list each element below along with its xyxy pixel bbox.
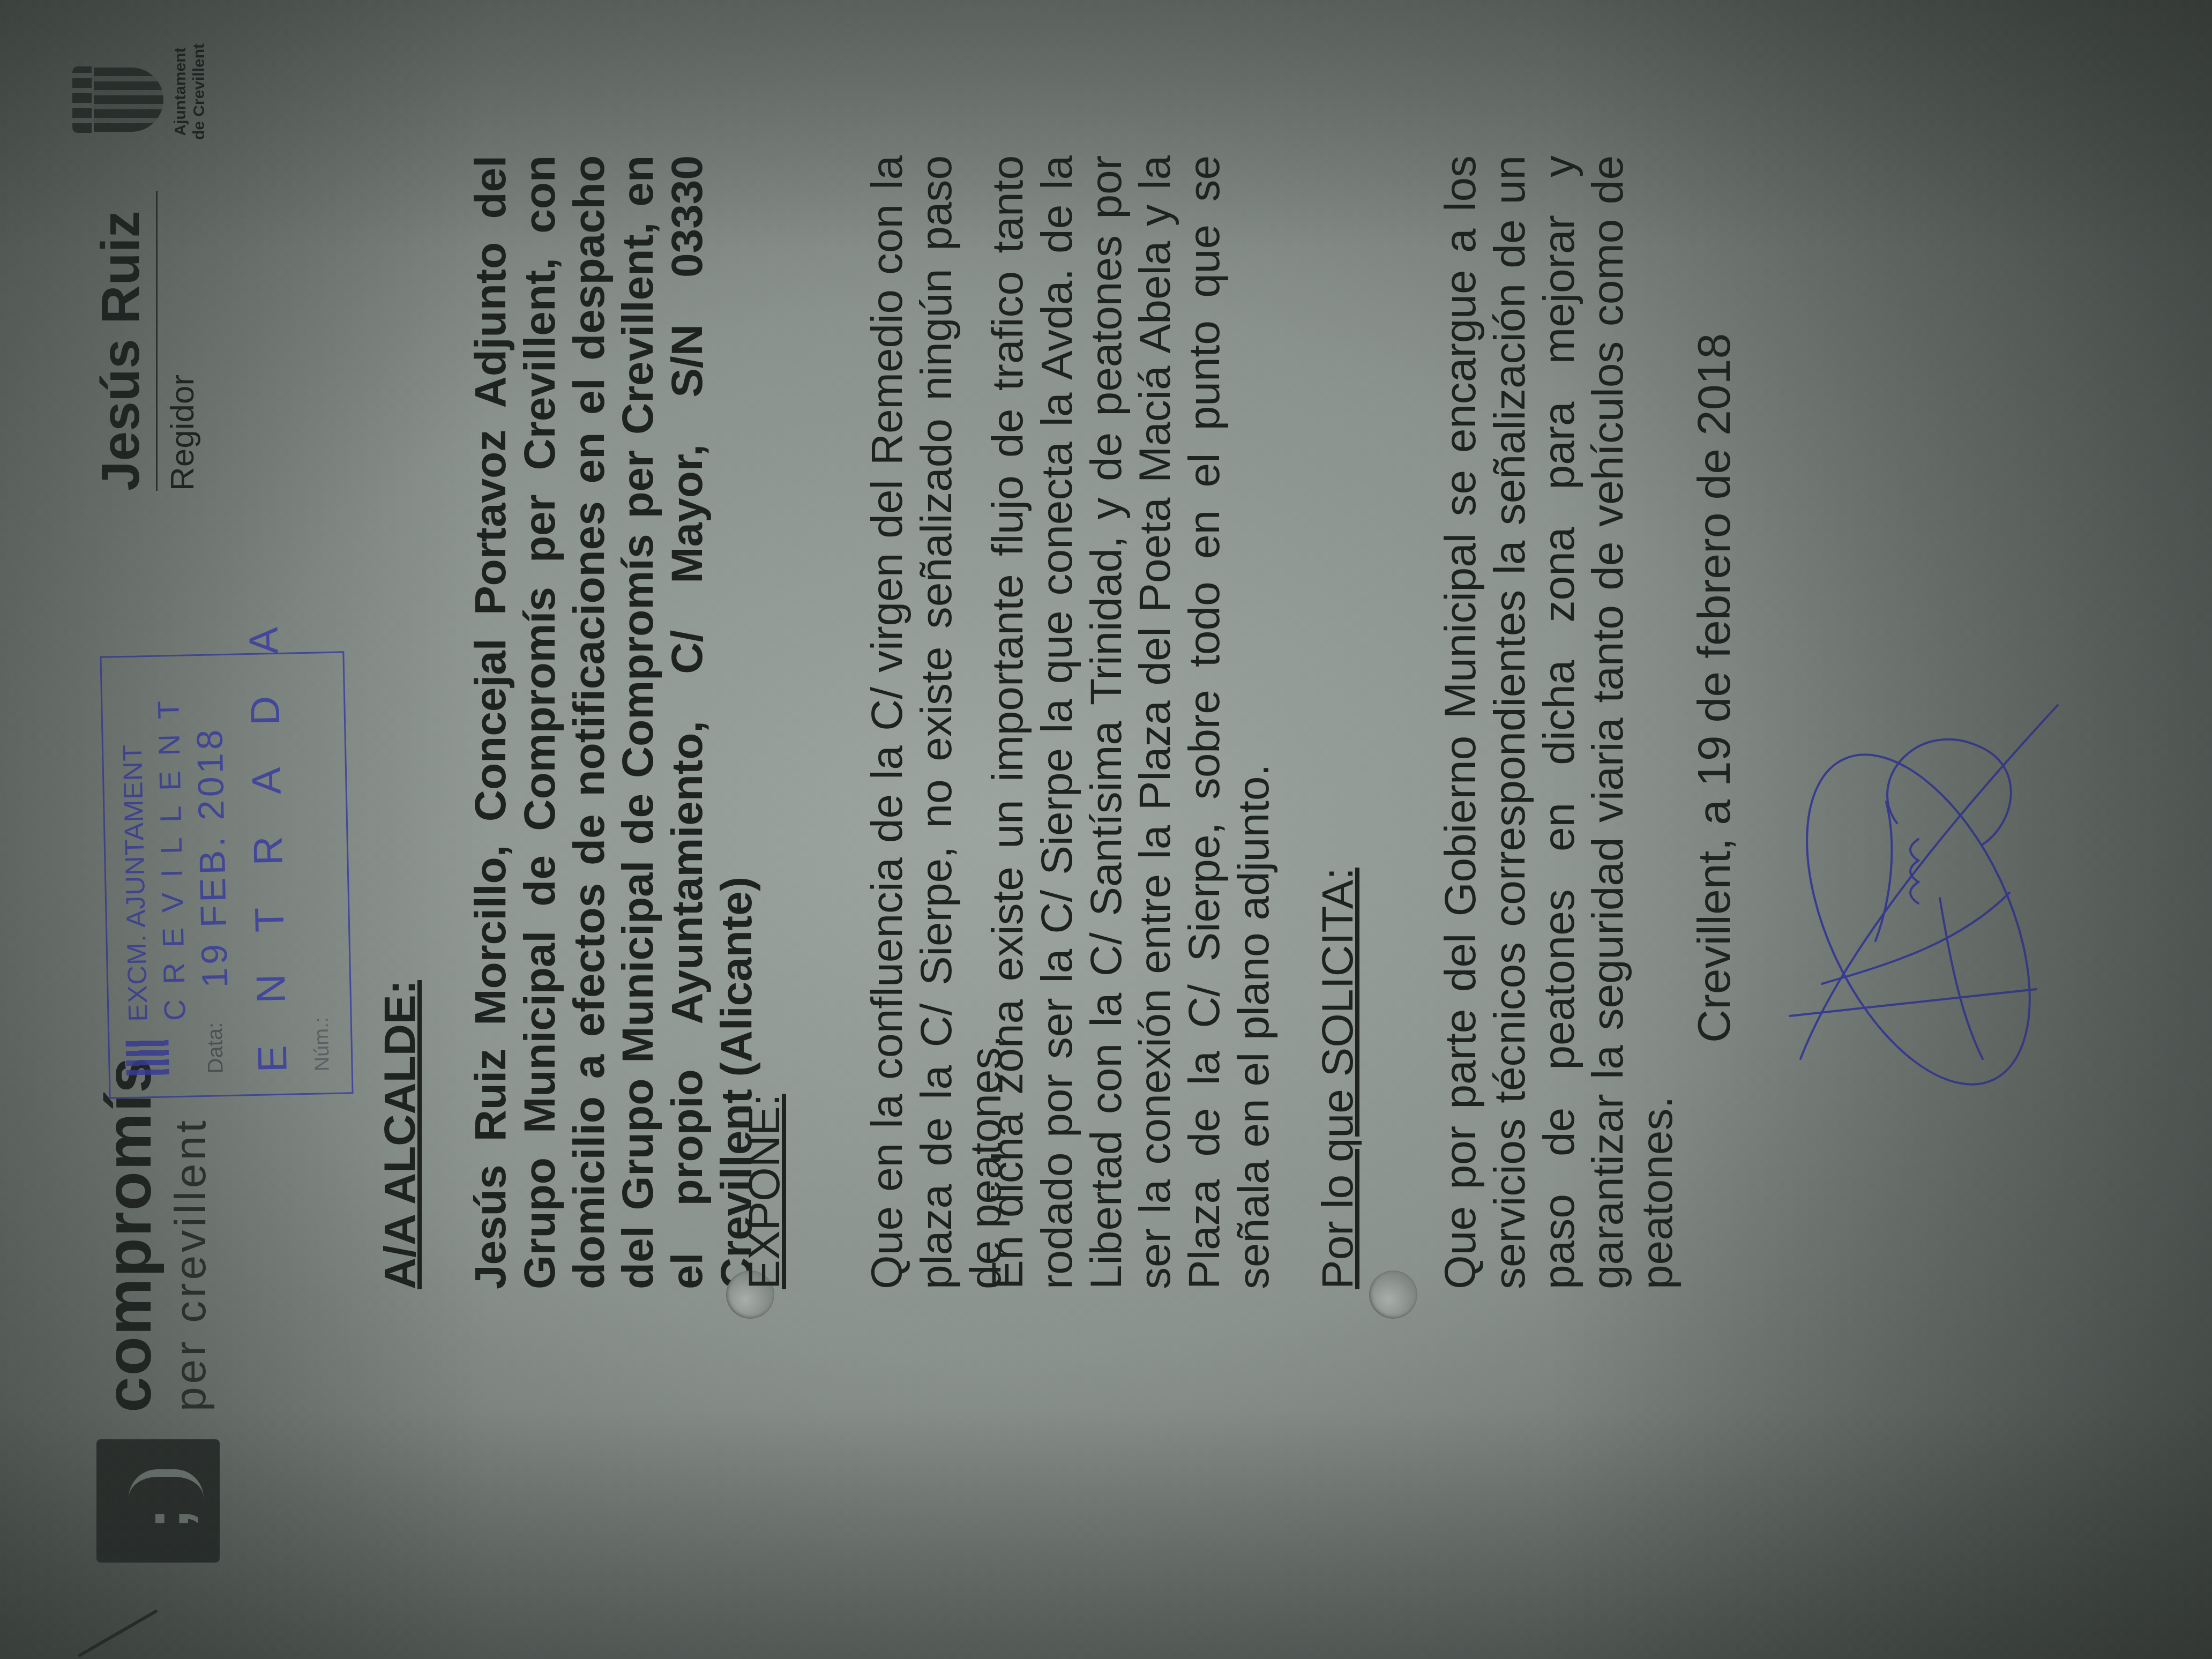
intro-paragraph: Jesús Ruiz Morcillo, Concejal Portavoz A… <box>466 155 761 1289</box>
council-caption: Ajuntament de Crevillent <box>171 33 208 151</box>
expone-paragraph-2: En dicha zona existe un importante flujo… <box>983 155 1279 1289</box>
party-subtitle: per crevillent <box>169 1117 213 1411</box>
stamp-line2: CREVILLENT <box>151 685 192 1021</box>
pen-mark <box>78 1609 158 1657</box>
party-name: compromís <box>96 1056 161 1413</box>
registry-stamp: EXCM. AJUNTAMENT CREVILLENT Data: 19 FEB… <box>100 651 353 1098</box>
council-caption-line2: de Crevillent <box>190 33 209 151</box>
stamp-line1: EXCM. AJUNTAMENT <box>117 744 154 1022</box>
handwritten-signature <box>1758 641 2090 1123</box>
stamp-date: 19 FEB. 2018 <box>189 726 236 988</box>
solicita-paragraph: Que por parte del Gobierno Municipal se … <box>1436 155 1682 1289</box>
stamp-number-label: Núm.: <box>310 1017 334 1072</box>
signer-role: Regidor <box>166 375 199 491</box>
solicita-heading: Por lo que SOLICITA: <box>1313 868 1363 1289</box>
signer-name: Jesús Ruiz <box>94 191 158 491</box>
addressee-heading: A/A ALCALDE: <box>375 980 425 1289</box>
photo-background: ; compromís per crevillent EXCM. AJUNTAM… <box>0 0 2212 1659</box>
expone-heading: EXPONE: <box>739 1094 790 1289</box>
stamp-coat-of-arms-icon <box>125 1037 169 1075</box>
closing-date-line: Crevillent, a 19 de febrero de 2018 <box>1688 333 1741 1043</box>
council-caption-line1: Ajuntament <box>171 33 190 151</box>
stamp-date-label: Data: <box>203 1022 228 1074</box>
stamp-type: ENTRADA <box>240 585 296 1073</box>
winking-face-logo-icon: ; <box>96 1439 220 1563</box>
document-page: ; compromís per crevillent EXCM. AJUNTAM… <box>0 0 2212 1659</box>
coat-of-arms-icon <box>72 62 163 137</box>
punch-hole <box>1369 1271 1417 1319</box>
